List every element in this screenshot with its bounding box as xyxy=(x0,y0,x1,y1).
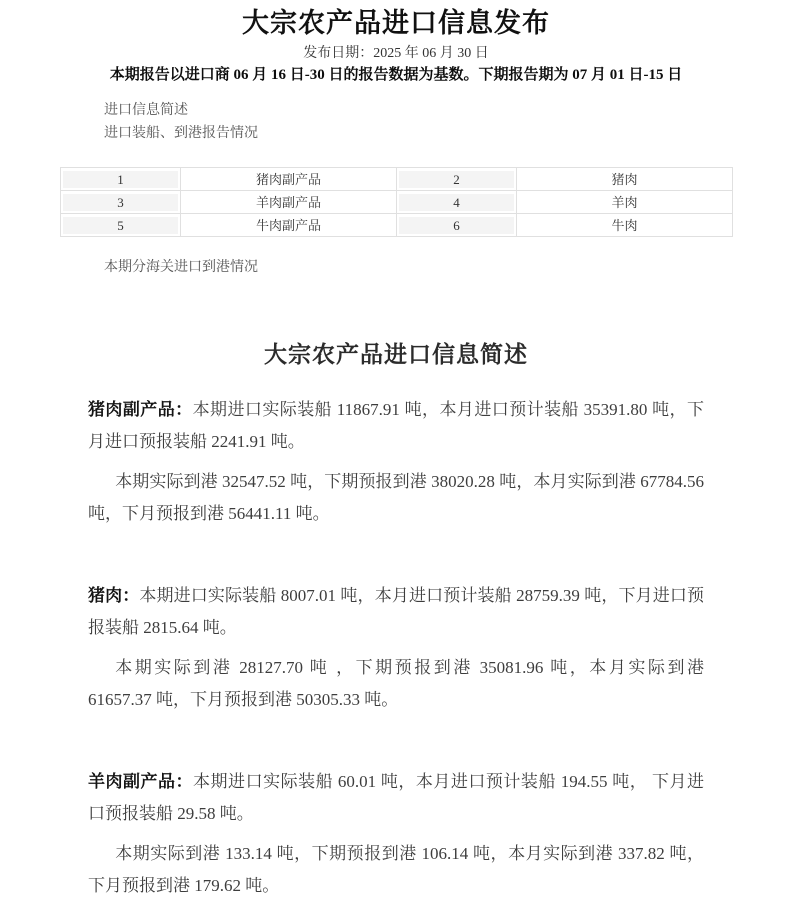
table-row: 5 牛肉副产品 6 牛肉 xyxy=(61,214,733,237)
product-name-cell[interactable]: 羊肉 xyxy=(517,191,733,214)
product-name-cell[interactable]: 牛肉副产品 xyxy=(181,214,397,237)
product-label: 猪肉副产品： xyxy=(88,400,193,419)
shipping-text: 本期进口实际装船 8007.01 吨，本月进口预计装船 28759.39 吨，下… xyxy=(88,586,704,637)
report-period-note: 本期报告以进口商 06 月 16 日-30 日的报告数据为基数。下期报告期为 0… xyxy=(0,66,792,84)
product-number-cell: 4 xyxy=(397,191,517,214)
section-nav: 进口信息简述 进口装船、到港报告情况 xyxy=(104,99,792,145)
shipping-paragraph: 猪肉：本期进口实际装船 8007.01 吨，本月进口预计装船 28759.39 … xyxy=(88,580,704,644)
product-name-cell[interactable]: 羊肉副产品 xyxy=(181,191,397,214)
product-index-table: 1 猪肉副产品 2 猪肉 3 羊肉副产品 4 羊肉 5 牛肉副产品 6 牛肉 xyxy=(60,167,733,237)
arrival-paragraph: 本期实际到港 28127.70 吨 ，下期预报到港 35081.96 吨，本月实… xyxy=(88,652,704,716)
product-summary-group-pork: 猪肉：本期进口实际装船 8007.01 吨，本月进口预计装船 28759.39 … xyxy=(88,580,704,716)
product-summary-group-mutton-byproducts: 羊肉副产品：本期进口实际装船 60.01 吨，本月进口预计装船 194.55 吨… xyxy=(88,766,704,901)
summary-groups: 猪肉副产品：本期进口实际装船 11867.91 吨，本月进口预计装船 35391… xyxy=(88,394,704,901)
summary-section-heading: 大宗农产品进口信息简述 xyxy=(0,340,792,370)
product-number-cell: 5 xyxy=(61,214,181,237)
nav-link-shipping-report[interactable]: 进口装船、到港报告情况 xyxy=(104,122,792,145)
nav-link-summary[interactable]: 进口信息简述 xyxy=(104,99,792,122)
product-name-cell[interactable]: 猪肉副产品 xyxy=(181,168,397,191)
nav-link-customs-arrival[interactable]: 本期分海关进口到港情况 xyxy=(104,259,792,276)
table-row: 3 羊肉副产品 4 羊肉 xyxy=(61,191,733,214)
arrival-paragraph: 本期实际到港 133.14 吨，下期预报到港 106.14 吨，本月实际到港 3… xyxy=(88,838,704,901)
product-label: 羊肉副产品： xyxy=(88,772,193,791)
arrival-paragraph: 本期实际到港 32547.52 吨，下期预报到港 38020.28 吨，本月实际… xyxy=(88,466,704,530)
report-page: 大宗农产品进口信息发布 发布日期：2025 年 06 月 30 日 本期报告以进… xyxy=(0,0,792,901)
shipping-paragraph: 羊肉副产品：本期进口实际装船 60.01 吨，本月进口预计装船 194.55 吨… xyxy=(88,766,704,830)
product-number-cell: 2 xyxy=(397,168,517,191)
publish-date: 发布日期：2025 年 06 月 30 日 xyxy=(0,45,792,62)
table-row: 1 猪肉副产品 2 猪肉 xyxy=(61,168,733,191)
product-index-table-wrap: 1 猪肉副产品 2 猪肉 3 羊肉副产品 4 羊肉 5 牛肉副产品 6 牛肉 xyxy=(60,167,792,237)
product-number-cell: 1 xyxy=(61,168,181,191)
product-name-cell[interactable]: 猪肉 xyxy=(517,168,733,191)
product-label: 猪肉： xyxy=(88,586,139,605)
product-summary-group-pork-byproducts: 猪肉副产品：本期进口实际装船 11867.91 吨，本月进口预计装船 35391… xyxy=(88,394,704,530)
product-number-cell: 3 xyxy=(61,191,181,214)
page-title: 大宗农产品进口信息发布 xyxy=(0,0,792,40)
shipping-paragraph: 猪肉副产品：本期进口实际装船 11867.91 吨，本月进口预计装船 35391… xyxy=(88,394,704,458)
product-number-cell: 6 xyxy=(397,214,517,237)
product-name-cell[interactable]: 牛肉 xyxy=(517,214,733,237)
